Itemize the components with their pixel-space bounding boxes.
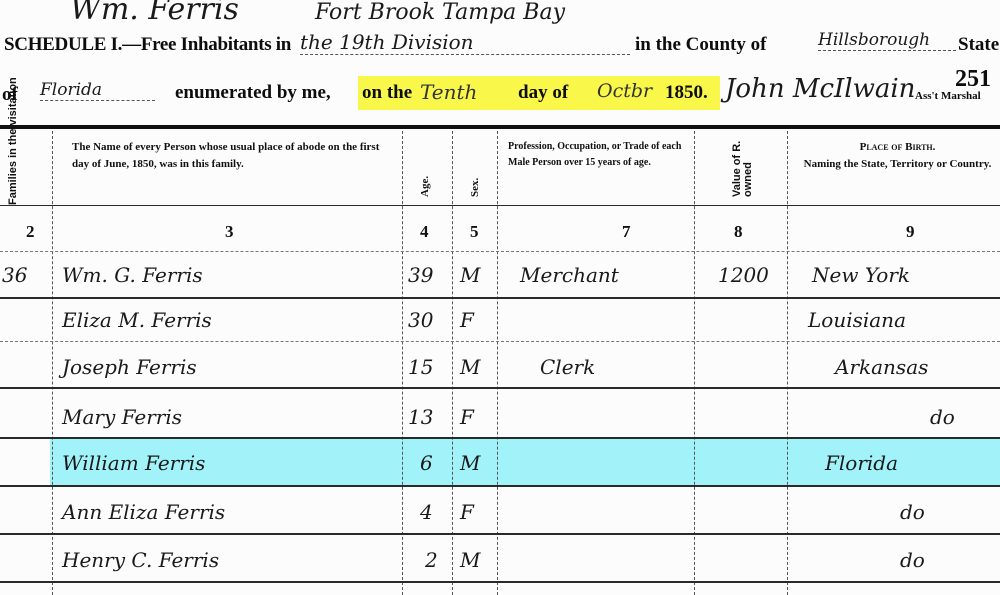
- person-sex: M: [460, 451, 480, 475]
- person-age: 13: [408, 405, 433, 429]
- table-row: Eliza M. Ferris 30 F Louisiana: [0, 308, 1000, 356]
- page-number: 251: [955, 66, 991, 93]
- person-name: Wm. G. Ferris: [62, 263, 203, 287]
- person-occupation: Merchant: [520, 263, 619, 287]
- birthplace: New York: [812, 263, 910, 287]
- person-sex: M: [460, 263, 480, 287]
- census-table: Families in the visitation The Name of e…: [0, 125, 1000, 595]
- person-age: 4: [420, 500, 433, 524]
- marshal-signature: John McIlwain: [725, 74, 915, 104]
- enumeration-line: of Florida enumerated by me, on the Tent…: [0, 70, 1000, 110]
- table-row: Joseph Ferris 15 M Clerk Arkansas: [0, 355, 1000, 403]
- state-field: Florida: [40, 80, 155, 101]
- real-estate-value: 1200: [718, 263, 769, 287]
- column-number: 5: [470, 222, 479, 242]
- person-age: 39: [408, 263, 433, 287]
- birthplace: do: [930, 405, 955, 429]
- county-field: Hillsborough: [818, 30, 956, 51]
- birthplace: Florida: [825, 451, 898, 475]
- column-number: 2: [26, 222, 35, 242]
- person-name: Mary Ferris: [62, 405, 182, 429]
- header-birth-sub: Naming the State, Territory or Country.: [800, 156, 995, 173]
- asst-marshal-label: Ass't Marshal: [915, 90, 981, 102]
- table-row: Mary Ferris 13 F do: [0, 405, 1000, 453]
- column-number: 4: [420, 222, 429, 242]
- state-label: State: [958, 34, 999, 56]
- table-row-highlighted: William Ferris 6 M Florida: [0, 451, 1000, 499]
- person-sex: M: [460, 548, 480, 572]
- person-age: 2: [425, 548, 438, 572]
- table-row: 36 Wm. G. Ferris 39 M Merchant 1200 New …: [0, 263, 1000, 311]
- header-birth-title: Place of Birth.: [800, 139, 995, 156]
- person-name: Eliza M. Ferris: [62, 308, 212, 332]
- division-field: the 19th Division: [300, 30, 630, 55]
- header-sex: Sex.: [470, 178, 481, 197]
- enumerated-label: enumerated by me,: [175, 82, 331, 104]
- column-number: 7: [622, 222, 631, 242]
- year-label: 1850.: [665, 82, 708, 104]
- person-age: 6: [420, 451, 433, 475]
- header-name: The Name of every Person whose usual pla…: [72, 139, 392, 173]
- person-sex: F: [460, 500, 474, 524]
- county-label: in the County of: [635, 34, 766, 56]
- person-name: William Ferris: [62, 451, 205, 475]
- header-rule: [0, 205, 1000, 206]
- table-row: Ann Eliza Ferris 4 F do: [0, 500, 1000, 548]
- person-age: 15: [408, 355, 433, 379]
- post-office-handwritten: Fort Brook Tampa Bay: [315, 0, 565, 25]
- person-sex: M: [460, 355, 480, 379]
- day-field: Tenth: [420, 80, 477, 104]
- column-number-rule: [0, 251, 1000, 252]
- birthplace: do: [900, 500, 925, 524]
- header-value: Value of R. owned: [732, 137, 754, 197]
- header-occupation: Profession, Occupation, or Trade of each…: [508, 139, 688, 171]
- header-families: Families in the visitation: [8, 77, 19, 205]
- column-number: 9: [906, 222, 915, 242]
- month-field: Octbr: [597, 80, 652, 102]
- header-age: Age.: [420, 176, 431, 197]
- on-the-label: on the: [362, 82, 412, 104]
- top-handwritten-scrawl: Wm. Ferris: [70, 0, 239, 27]
- person-sex: F: [460, 405, 474, 429]
- person-age: 30: [408, 308, 433, 332]
- table-top-rule: [0, 125, 1000, 129]
- family-number: 36: [2, 263, 27, 287]
- person-sex: F: [460, 308, 474, 332]
- column-number: 3: [225, 222, 234, 242]
- column-number: 8: [734, 222, 743, 242]
- schedule-title: SCHEDULE I.—Free Inhabitants in: [4, 34, 291, 56]
- schedule-title-line: SCHEDULE I.—Free Inhabitants in the 19th…: [0, 28, 1000, 64]
- table-row: Henry C. Ferris 2 M do: [0, 548, 1000, 595]
- birthplace: Louisiana: [808, 308, 906, 332]
- day-of-label: day of: [518, 82, 568, 104]
- person-name: Ann Eliza Ferris: [62, 500, 225, 524]
- birthplace: Arkansas: [835, 355, 928, 379]
- birthplace: do: [900, 548, 925, 572]
- person-occupation: Clerk: [540, 355, 595, 379]
- person-name: Joseph Ferris: [62, 355, 197, 379]
- person-name: Henry C. Ferris: [62, 548, 219, 572]
